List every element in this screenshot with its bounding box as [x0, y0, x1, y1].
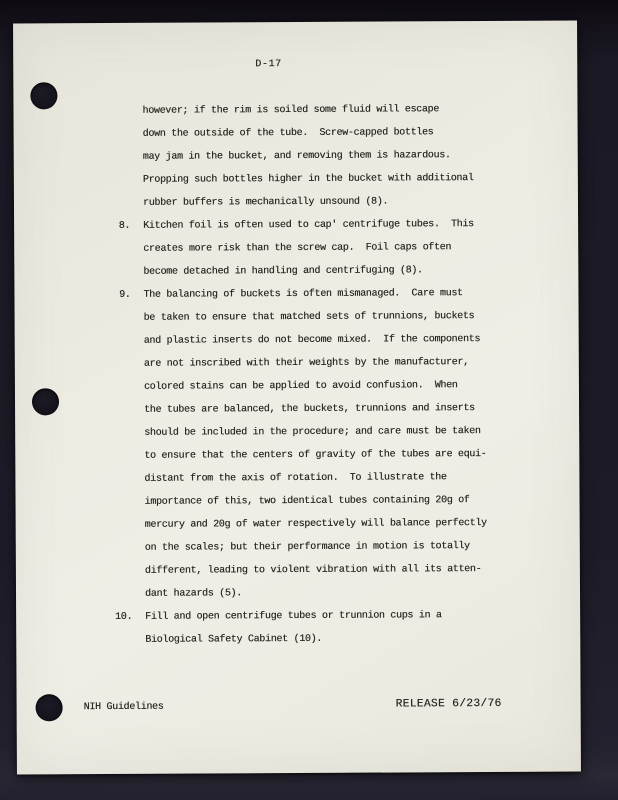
- document-body: however; if the rim is soiled some fluid…: [142, 98, 505, 652]
- text-line: rubber buffers is mechanically unsound (…: [143, 190, 503, 215]
- document-page: D-17 however; if the rim is soiled some …: [13, 21, 581, 775]
- text-line: the tubes are balanced, the buckets, tru…: [144, 397, 504, 422]
- text-line: Propping such bottles higher in the buck…: [143, 167, 503, 192]
- intro-paragraph: however; if the rim is soiled some fluid…: [142, 98, 503, 215]
- page-number-header: D-17: [255, 53, 282, 76]
- list-item: 10.Fill and open centrifuge tubes or tru…: [145, 604, 505, 652]
- list-item: 8.Kitchen foil is often used to cap' cen…: [143, 213, 503, 284]
- footer-release-date: RELEASE 6/23/76: [396, 693, 502, 717]
- text-line: to ensure that the centers of gravity of…: [144, 443, 504, 468]
- punch-hole-middle-icon: [32, 388, 59, 415]
- item-number: 9.: [111, 284, 130, 307]
- list-item: 9.The balancing of buckets is often mism…: [143, 282, 505, 606]
- text-line: down the outside of the tube. Screw-capp…: [143, 121, 503, 146]
- text-line: become detached in handling and centrifu…: [143, 259, 503, 284]
- text-line: Biological Safety Cabinet (10).: [145, 627, 505, 652]
- item-text: Fill and open centrifuge tubes or trunni…: [145, 604, 505, 652]
- text-line: The balancing of buckets is often misman…: [143, 282, 503, 307]
- text-line: and plastic inserts do not become mixed.…: [144, 328, 504, 353]
- text-line: Fill and open centrifuge tubes or trunni…: [145, 604, 505, 629]
- item-text: Kitchen foil is often used to cap' centr…: [143, 213, 503, 284]
- text-line: different, leading to violent vibration …: [145, 558, 505, 583]
- text-line: are not inscribed with their weights by …: [144, 351, 504, 376]
- punch-hole-bottom-icon: [36, 694, 63, 721]
- photo-background: { "colors": { "backdrop": "#1d1b27", "pa…: [0, 0, 618, 800]
- text-line: however; if the rim is soiled some fluid…: [142, 98, 502, 123]
- item-number: 8.: [111, 215, 130, 238]
- text-line: Kitchen foil is often used to cap' centr…: [143, 213, 503, 238]
- item-number: 10.: [113, 606, 132, 629]
- text-line: creates more risk than the screw cap. Fo…: [143, 236, 503, 261]
- text-line: importance of this, two identical tubes …: [144, 489, 504, 514]
- text-line: should be included in the procedure; and…: [144, 420, 504, 445]
- text-line: distant from the axis of rotation. To il…: [144, 466, 504, 491]
- footer-document-title: NIH Guidelines: [84, 696, 164, 719]
- text-line: may jam in the bucket, and removing them…: [143, 144, 503, 169]
- punch-hole-top-icon: [30, 82, 57, 109]
- text-line: colored stains can be applied to avoid c…: [144, 374, 504, 399]
- text-line: on the scales; but their performance in …: [145, 535, 505, 560]
- numbered-list: 8.Kitchen foil is often used to cap' cen…: [143, 213, 505, 652]
- text-line: mercury and 20g of water respectively wi…: [145, 512, 505, 537]
- item-text: The balancing of buckets is often misman…: [143, 282, 505, 606]
- text-line: be taken to ensure that matched sets of …: [144, 305, 504, 330]
- text-line: dant hazards (5).: [145, 581, 505, 606]
